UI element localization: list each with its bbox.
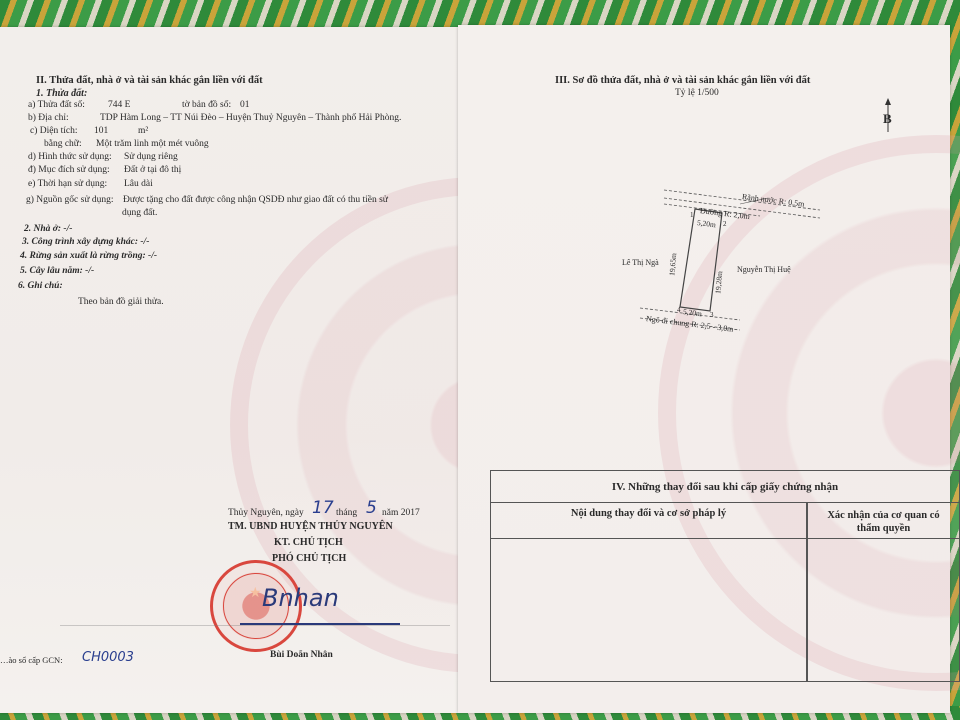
kt-chairman: KT. CHỦ TỊCH bbox=[274, 538, 343, 548]
corner-point-4: 4 bbox=[677, 307, 681, 314]
purpose-label: đ) Mục đích sử dụng: bbox=[28, 166, 110, 176]
note-value: Theo bản đồ giải thửa. bbox=[78, 298, 164, 308]
term-value: Lâu dài bbox=[124, 180, 153, 190]
registry-value-handwritten: CH0003 bbox=[82, 651, 134, 664]
area-words-value: Một trăm linh một mét vuông bbox=[96, 140, 209, 150]
column-header-authority-confirmation-line2: thẩm quyền bbox=[808, 523, 959, 536]
table-title-row: IV. Những thay đổi sau khi cấp giấy chứn… bbox=[491, 471, 959, 503]
star-emblem-icon: ★ bbox=[249, 585, 262, 602]
area-label: c) Diện tích: bbox=[30, 127, 77, 137]
table-header-row: Nội dung thay đổi và cơ sở pháp lý Xác n… bbox=[491, 502, 959, 539]
corner-point-2: 2 bbox=[723, 221, 727, 228]
term-label: e) Thời hạn sử dụng: bbox=[28, 180, 107, 190]
changes-after-issuance-table: IV. Những thay đổi sau khi cấp giấy chứn… bbox=[490, 470, 960, 682]
left-length: 19,65m bbox=[668, 253, 677, 276]
neighbor-left: Lê Thị Ngà bbox=[622, 259, 659, 267]
map-scale: Tỷ lệ 1/500 bbox=[675, 89, 719, 99]
year-text: năm 2017 bbox=[382, 509, 420, 519]
area-unit: m² bbox=[138, 127, 148, 137]
date-day-handwritten: 17 bbox=[312, 500, 334, 517]
parcel-no-label: a) Thửa đất số: bbox=[28, 101, 85, 111]
origin-label: g) Nguồn gốc sử dụng: bbox=[26, 196, 113, 206]
area-words-label: bằng chữ: bbox=[44, 140, 82, 150]
use-form-value: Sử dụng riêng bbox=[124, 153, 178, 163]
table-title: IV. Những thay đổi sau khi cấp giấy chứn… bbox=[491, 481, 959, 494]
purpose-value: Đất ở tại đô thị bbox=[124, 166, 181, 176]
corner-point-3: 3 bbox=[710, 312, 714, 319]
date-month-handwritten: 5 bbox=[366, 500, 377, 517]
item-other-structures: 3. Công trình xây dựng khác: -/- bbox=[22, 238, 149, 248]
address-label: b) Địa chỉ: bbox=[28, 114, 69, 124]
map-sheet-label: tờ bản đồ số: bbox=[182, 101, 231, 111]
org-name: TM. UBND HUYỆN THỦY NGUYÊN bbox=[228, 522, 393, 532]
north-label: B bbox=[883, 112, 892, 125]
item-planted-forest: 4. Rừng sản xuất là rừng trồng: -/- bbox=[20, 252, 157, 262]
bottom-width: 5,20m bbox=[683, 308, 703, 318]
corner-point-1: 1 bbox=[690, 212, 694, 219]
month-label: tháng bbox=[336, 509, 357, 519]
item-house: 2. Nhà ở: -/- bbox=[24, 225, 72, 235]
section-ii-title: II. Thửa đất, nhà ở và tài sản khác gắn … bbox=[36, 76, 263, 87]
signer-name: Bùi Doãn Nhân bbox=[270, 651, 333, 661]
column-divider bbox=[806, 502, 808, 681]
origin-value-line2: dụng đất. bbox=[122, 209, 157, 219]
fold-crease bbox=[60, 625, 450, 626]
origin-value-line1: Được tặng cho đất được công nhận QSDĐ nh… bbox=[123, 196, 388, 206]
right-length: 19,28m bbox=[714, 271, 723, 294]
item-perennial-trees: 5. Cây lâu năm: -/- bbox=[20, 267, 94, 277]
address-value: TDP Hàm Long – TT Núi Đèo – Huyện Thuỷ N… bbox=[100, 114, 401, 124]
handwritten-signature: Bnhan bbox=[262, 586, 339, 610]
top-width: 5,20m bbox=[697, 219, 717, 229]
column-header-change-content: Nội dung thay đổi và cơ sở pháp lý bbox=[491, 508, 806, 521]
map-sheet-value: 01 bbox=[240, 101, 250, 111]
land-heading: 1. Thửa đất: bbox=[36, 89, 87, 99]
place-date-prefix: Thủy Nguyên, ngày bbox=[228, 509, 304, 519]
section-iii-title: III. Sơ đồ thửa đất, nhà ở và tài sản kh… bbox=[555, 76, 810, 87]
item-notes: 6. Ghi chú: bbox=[18, 282, 63, 292]
parcel-no-value: 744 E bbox=[108, 101, 130, 111]
area-value: 101 bbox=[94, 127, 108, 137]
use-form-label: d) Hình thức sử dụng: bbox=[28, 153, 112, 163]
vice-chairman-title: PHÓ CHỦ TỊCH bbox=[272, 554, 346, 564]
registry-label: …ào sổ cấp GCN: bbox=[0, 656, 63, 665]
neighbor-right: Nguyễn Thị Huệ bbox=[737, 266, 791, 274]
column-header-authority-confirmation-line1: Xác nhận của cơ quan có bbox=[808, 510, 959, 523]
